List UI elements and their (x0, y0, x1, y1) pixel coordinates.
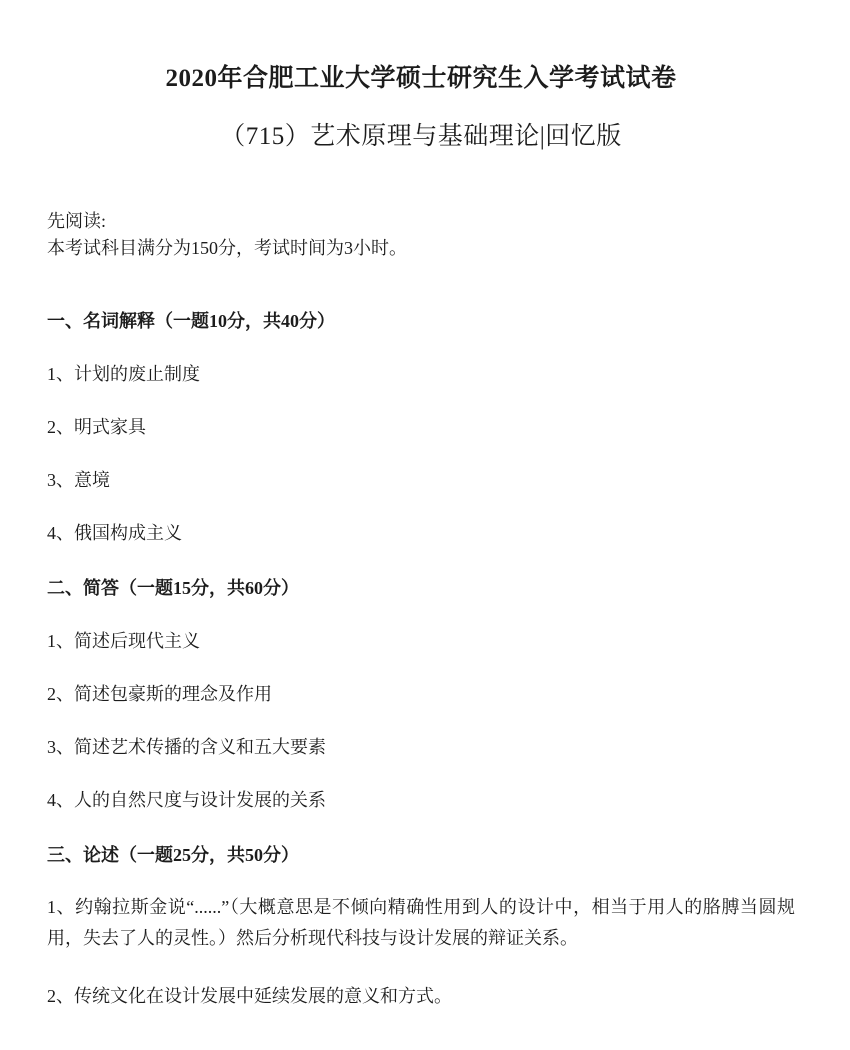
question-item: 1、约翰拉斯金说“......”（大概意思是不倾向精确性用到人的设计中，相当于用… (47, 892, 795, 954)
question-item: 3、意境 (47, 469, 795, 491)
section-essay: 三、论述（一题25分，共50分） 1、约翰拉斯金说“......”（大概意思是不… (47, 844, 795, 1007)
page-title: 2020年合肥工业大学硕士研究生入学考试试卷 (47, 62, 795, 96)
page-subtitle: （715）艺术原理与基础理论|回忆版 (47, 120, 795, 154)
question-item: 4、俄国构成主义 (47, 522, 795, 544)
question-item: 4、人的自然尺度与设计发展的关系 (47, 789, 795, 811)
question-item: 3、简述艺术传播的含义和五大要素 (47, 736, 795, 758)
question-item: 2、简述包豪斯的理念及作用 (47, 683, 795, 705)
section-short-answer: 二、简答（一题15分，共60分） 1、简述后现代主义 2、简述包豪斯的理念及作用… (47, 577, 795, 811)
section-heading: 三、论述（一题25分，共50分） (47, 844, 795, 866)
section-glossary: 一、名词解释（一题10分，共40分） 1、计划的废止制度 2、明式家具 3、意境… (47, 310, 795, 544)
section-heading: 一、名词解释（一题10分，共40分） (47, 310, 795, 332)
exam-paper-page: 2020年合肥工业大学硕士研究生入学考试试卷 （715）艺术原理与基础理论|回忆… (0, 0, 850, 1050)
section-heading: 二、简答（一题15分，共60分） (47, 577, 795, 599)
intro-read-first-line: 先阅读: (47, 208, 795, 235)
question-item: 1、计划的废止制度 (47, 363, 795, 385)
intro-exam-info-line: 本考试科目满分为150分，考试时间为3小时。 (47, 235, 795, 262)
question-item: 1、简述后现代主义 (47, 630, 795, 652)
question-item: 2、明式家具 (47, 416, 795, 438)
intro-block: 先阅读: 本考试科目满分为150分，考试时间为3小时。 (47, 208, 795, 262)
question-item: 2、传统文化在设计发展中延续发展的意义和方式。 (47, 985, 795, 1007)
